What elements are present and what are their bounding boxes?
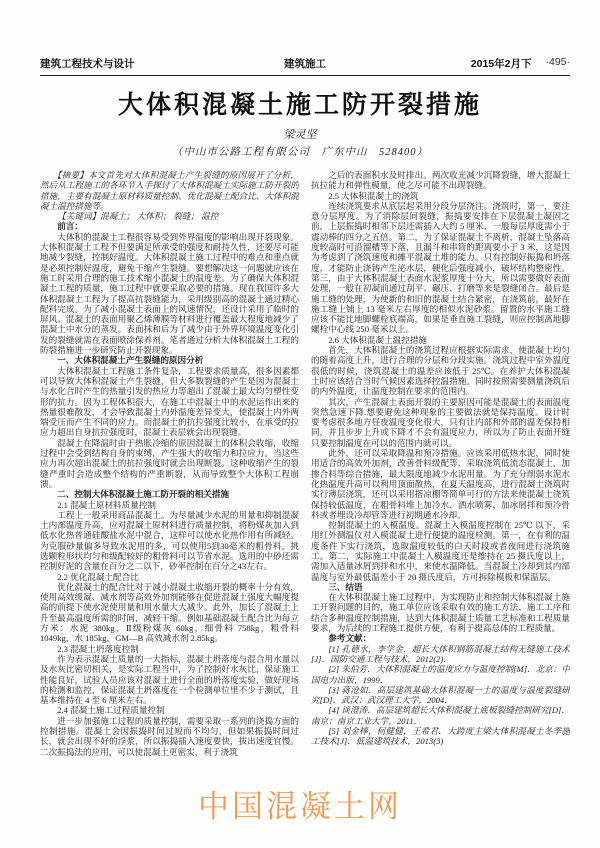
paragraph: 作为表示混凝土质量的一大指标，混凝土坍落度与混合用水量以及水灰比密切相关，是实际…: [40, 654, 299, 705]
subsection-2-5-heading: 2.5 大体积混凝土的浇筑: [311, 191, 570, 201]
conclusion-heading: 三、结语: [311, 582, 570, 592]
preface-paragraph: 大体积的混凝土工程很容易受到外界温度的影响出现开裂现象。大体积混凝土工程不但要满…: [40, 232, 299, 356]
continuation-paragraph: 之后的表面积水及时排出。两次收光减少沉降裂缝，增大混凝土抗拉能力和弹性模量，使之…: [311, 170, 570, 191]
reference-item: [4] 谈澄涛．高层建筑超长大体积混凝土底板裂缝控制研究[D]．南京：南京工业大…: [311, 705, 570, 726]
article-title: 大体积混凝土施工防开裂措施: [0, 85, 600, 121]
references-heading: 参考文献：: [311, 633, 570, 643]
paragraph: 其次，产生混凝土表面开裂的主要原因可能是混凝土的表面温度突然急速下降.想要避免这…: [311, 397, 570, 448]
subsection-2-4-heading: 2.4 混凝土施工过程质量控制: [40, 705, 299, 715]
article-author: 梁灵坚: [0, 126, 600, 142]
keywords: 【关键词】混凝土； 大体积； 裂缝； 温控: [40, 211, 299, 221]
section2-heading: 二、控制大体积混凝土施工防开裂的相关措施: [40, 489, 299, 499]
reference-item: [1] 孔德水，李学金．超长大体积钢筋混凝土结构无缝施工技术[J]．国防交通工程…: [311, 644, 570, 665]
reference-item: [5] 刘金棒，何健健，王希君．大跨度主梁大体积混凝土冬季施工技术[J]．低温建…: [311, 726, 570, 747]
journal-page: 建筑工程技术与设计 建筑施工 2015年2月下 ·495· 大体积混凝土施工防开…: [0, 0, 600, 848]
paragraph: 此外，还可以采取降温和预冷措施。应该采用低热水泥，同时使用适合的高效外加剂，改善…: [311, 448, 570, 520]
paragraph: 连续浇筑要求从底层起采用分段分层浇注。浇筑时，第一，要注意分层厚度。为了消除层间…: [311, 201, 570, 335]
subsection-2-2-heading: 2.2 优化混凝土配合比: [40, 572, 299, 582]
abstract: 【摘要】本文首先对大体积混凝土产生裂缝的原因展开了分析，然后从工程施工的各环节入…: [40, 170, 299, 211]
paragraph: 进一步加强施工过程的质量控制，需要采取一系列的浇捣方面的控制措施。混凝土会因振捣…: [40, 716, 299, 757]
subsection-2-1-heading: 2.1 混凝土原材料质量控制: [40, 500, 299, 510]
subsection-2-6-heading: 2.6 大体积混凝土温控措施: [311, 335, 570, 345]
paragraph: 优化混凝土的配合比对于减小混凝土收缩开裂的概率十分有效，使用高效缓凝、减水剂等高…: [40, 582, 299, 644]
page-header: 建筑工程技术与设计 建筑施工 2015年2月下 ·495·: [40, 53, 570, 71]
preface-heading: 前言：: [40, 221, 299, 231]
site-watermark: 中国混凝土网: [0, 781, 600, 826]
section-name: 建筑施工: [40, 56, 570, 71]
paragraph: 混凝土在降温时由于热胀冷缩的原因混凝土的体积会收缩，收缩过程中会受到结构自身的束…: [40, 438, 299, 489]
reference-item: [3] 蒋沧如．高层建筑基础大体积混凝一土的温度与温度裂缝研究[D]．武汉：武汉…: [311, 685, 570, 706]
author-affiliation: （中山市公路工程有限公司 广东中山 528400）: [0, 144, 600, 159]
conclusion-paragraph: 在大体积混凝土施工过程中，为实现防止和控制大体积混凝土施工开裂问题的目的，施工单…: [311, 592, 570, 633]
reference-item: [2] 朱伯芳．大体积混凝土的温度应力与温度控制[M]．北京：中国电力出版，19…: [311, 664, 570, 685]
left-column: 【摘要】本文首先对大体积混凝土产生裂缝的原因展开了分析，然后从工程施工的各环节入…: [40, 170, 299, 790]
section1-heading: 一、大体积混凝土产生裂缝的原因分析: [40, 355, 299, 365]
header-rule: [40, 75, 570, 76]
paragraph: 大体积混凝土工程施工条件复杂，工程要求质量高，很多因素都可以导致大体积混凝土产生…: [40, 366, 299, 438]
right-column: 之后的表面积水及时排出。两次收光减少沉降裂缝，增大混凝土抗拉能力和弹性模量，使之…: [311, 170, 570, 790]
paragraph: 工程上一般采用商品混凝土。为尽量减少水泥的用量和抑制混凝土内部温度升高，应对混凝…: [40, 510, 299, 572]
article-body: 【摘要】本文首先对大体积混凝土产生裂缝的原因展开了分析，然后从工程施工的各环节入…: [40, 170, 570, 790]
paragraph: 控制混凝土的入模温度。混凝土入模温度控制在 25℃ 以下，采用红外测温仪对入模混…: [311, 520, 570, 582]
paragraph: 首先，大体积混凝土的浇筑过程应根据实际需求，使混凝土均匀的随着高度上升，进行合理…: [311, 345, 570, 396]
subsection-2-3-heading: 2.3 混凝土坍落度控制: [40, 644, 299, 654]
